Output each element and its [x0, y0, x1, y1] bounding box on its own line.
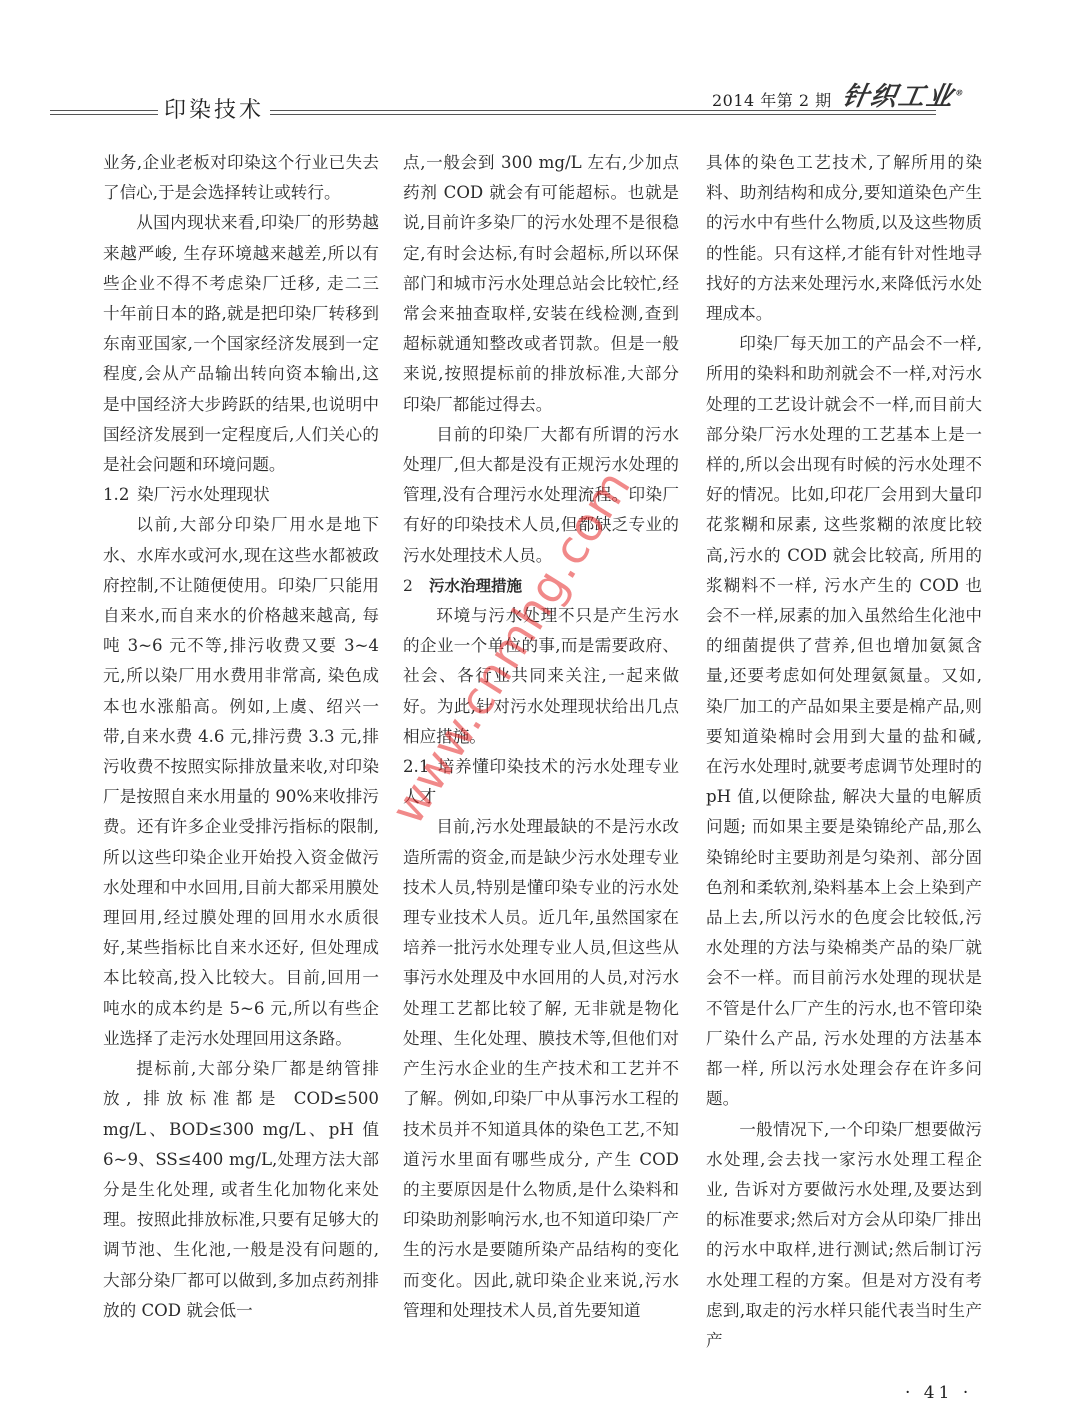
- heading-number: 2.1: [403, 752, 437, 782]
- page-header: 印染技术 2014 年第 2 期 针织工业®: [0, 0, 1087, 130]
- heading-number: 2: [403, 571, 429, 601]
- heading-number: 1.2: [103, 480, 137, 510]
- column-1: 业务,企业老板对印染这个行业已失去了信心,于是会选择转让或转行。从国内现状来看,…: [103, 148, 379, 1326]
- column-3: 具体的染色工艺技术,了解所用的染料、助剂结构和成分,要知道染色产生的污水中有些什…: [706, 148, 982, 1356]
- paragraph: 以前,大部分印染厂用水是地下水、水库水或河水,现在这些水都被政府控制,不让随便使…: [103, 510, 379, 1054]
- paragraph: 业务,企业老板对印染这个行业已失去了信心,于是会选择转让或转行。: [103, 148, 379, 208]
- paragraph: 从国内现状来看,印染厂的形势越来越严峻, 生存环境越来越差,所以有些企业不得不考…: [103, 208, 379, 480]
- paragraph: 提标前,大部分染厂都是纳管排放, 排放标准都是 COD≤500 mg/L、BOD…: [103, 1054, 379, 1326]
- subsection-heading: 1.2染厂污水处理现状: [103, 480, 379, 510]
- column-2: 点,一般会到 300 mg/L 左右,少加点药剂 COD 就会有可能超标。也就是…: [403, 148, 679, 1326]
- paragraph: 目前的印染厂大都有所谓的污水处理厂,但大都是没有正规污水处理的管理,没有合理污水…: [403, 420, 679, 571]
- page-number: · 41 ·: [905, 1383, 972, 1403]
- heading-text: 染厂污水处理现状: [137, 485, 270, 504]
- heading-text: 污水治理措施: [429, 577, 522, 595]
- heading-text: 培养懂印染技术的污水处理专业人才: [403, 757, 679, 806]
- paragraph: 环境与污水处理不只是产生污水的企业一个单位的事,而是需要政府、社会、各行业共同来…: [403, 601, 679, 752]
- subsection-heading: 2.1培养懂印染技术的污水处理专业人才: [403, 752, 679, 812]
- journal-logo: 针织工业®: [840, 76, 969, 113]
- paragraph: 具体的染色工艺技术,了解所用的染料、助剂结构和成分,要知道染色产生的污水中有些什…: [706, 148, 982, 329]
- paragraph: 印染厂每天加工的产品会不一样,所用的染料和助剂就会不一样,对污水处理的工艺设计就…: [706, 329, 982, 1114]
- section-name: 印染技术: [158, 93, 270, 124]
- paragraph: 一般情况下,一个印染厂想要做污水处理,会去找一家污水处理工程企业, 告诉对方要做…: [706, 1115, 982, 1357]
- paragraph: 目前,污水处理最缺的不是污水改造所需的资金,而是缺少污水处理专业技术人员,特别是…: [403, 812, 679, 1325]
- registered-mark-icon: ®: [955, 87, 967, 97]
- section-heading: 2污水治理措施: [403, 571, 679, 601]
- issue-label: 2014 年第 2 期: [712, 88, 832, 111]
- journal-name: 针织工业: [840, 82, 957, 112]
- paragraph: 点,一般会到 300 mg/L 左右,少加点药剂 COD 就会有可能超标。也就是…: [403, 148, 679, 420]
